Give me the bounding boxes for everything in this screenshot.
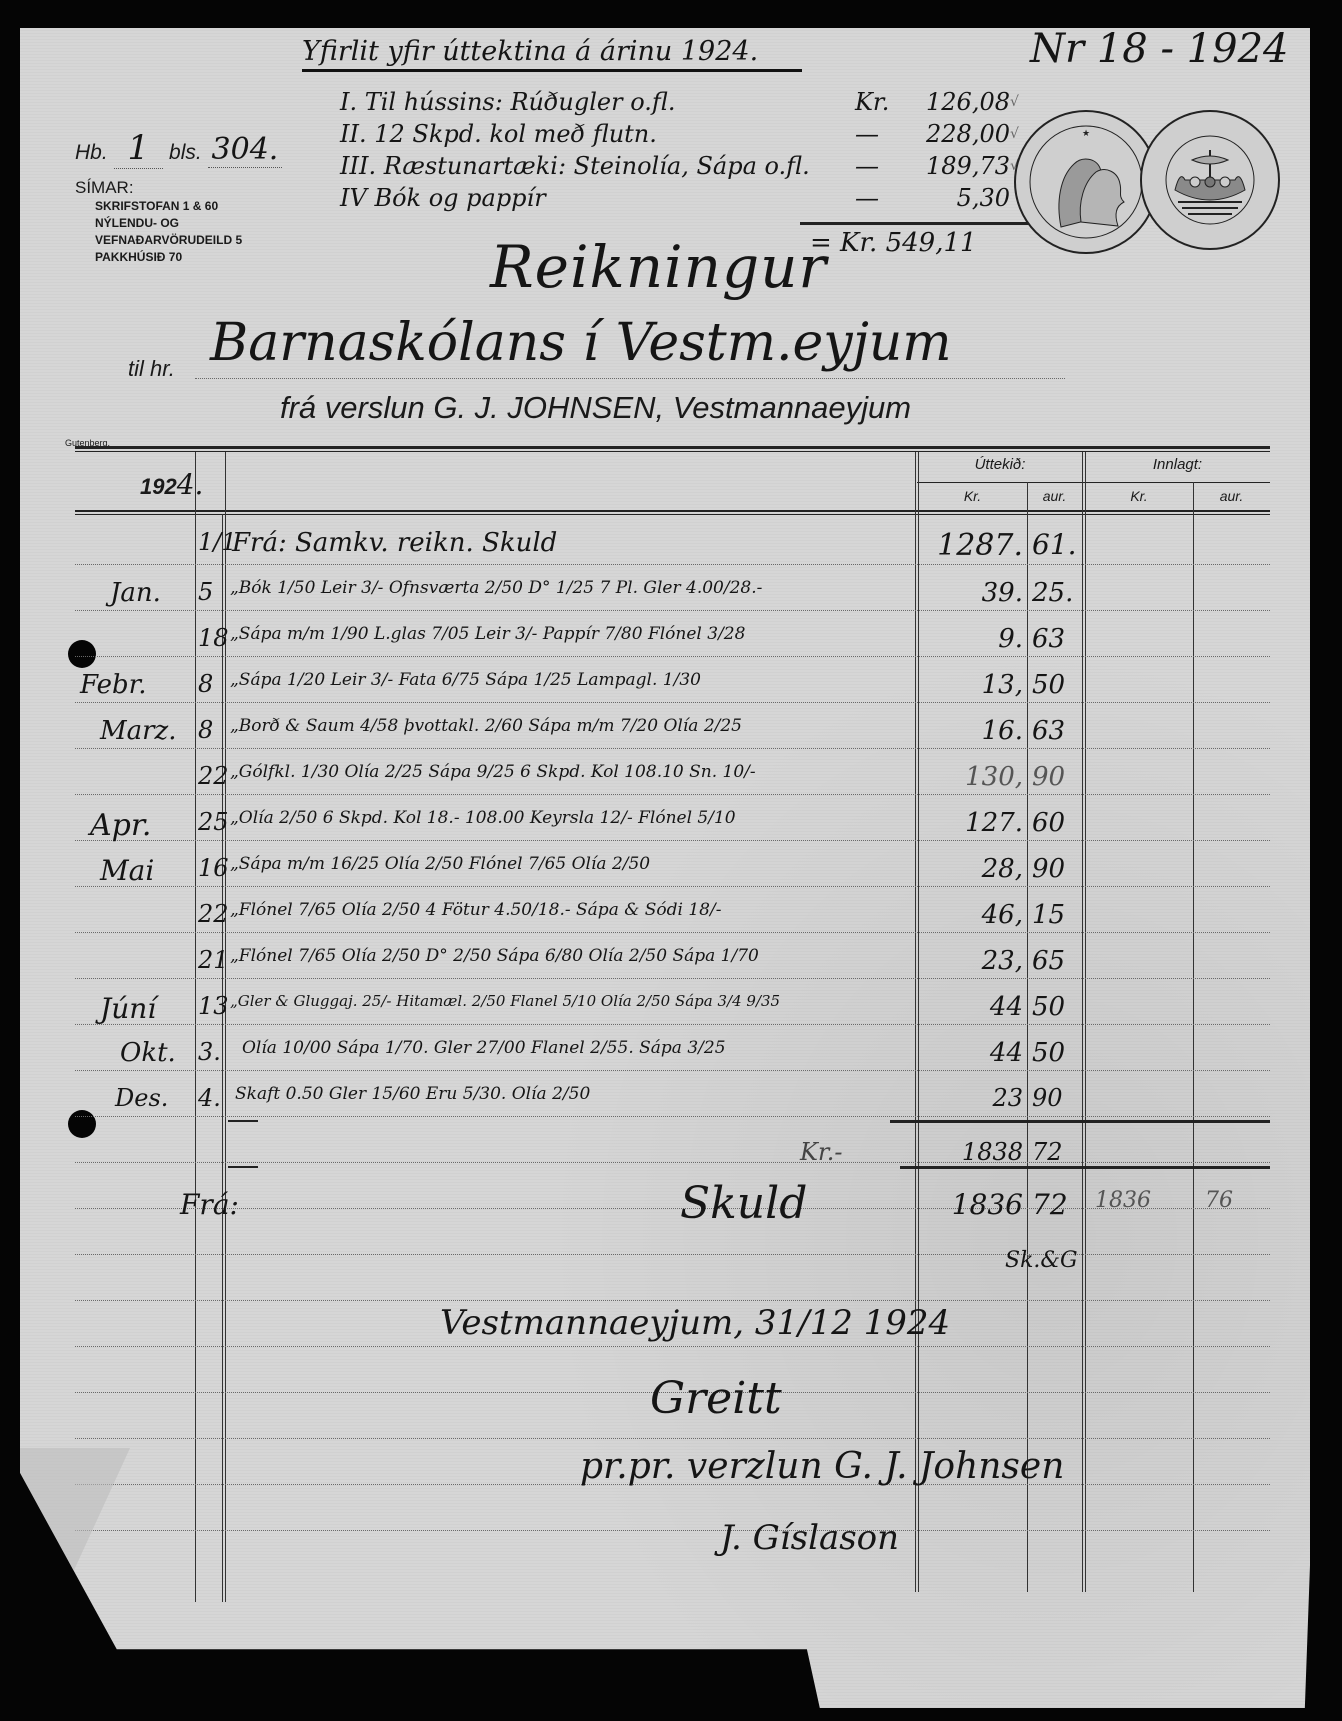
table-row: Okt. 3. Olía 10/00 Sápa 1/70. Gler 27/00… <box>20 1028 1310 1078</box>
row-day: 8 <box>198 670 213 698</box>
row-description: „Flónel 7/65 Olía 2/50 D° 2/50 Sápa 6/80… <box>230 946 759 966</box>
row-kr: 13, <box>918 670 1023 700</box>
row-description: „Gólfkl. 1/30 Olía 2/25 Sápa 9/25 6 Skpd… <box>230 762 756 782</box>
table-row: Febr. 8 „Sápa 1/20 Leir 3/- Fata 6/75 Sá… <box>20 660 1310 710</box>
table-row: 22 „Flónel 7/65 Olía 2/50 4 Fötur 4.50/1… <box>20 890 1310 940</box>
summary-list: I. Til hússins: Rúðugler o.fl. Kr. 126,0… <box>340 86 1030 214</box>
carry-text: Skuld <box>680 1178 807 1229</box>
row-aur: 63 <box>1032 624 1065 654</box>
recipient-line <box>195 378 1065 379</box>
row-day: 21 <box>198 946 229 974</box>
check-mark-icon: √ <box>1010 86 1030 118</box>
row-description: „Borð & Saum 4/58 þvottakl. 2/60 Sápa m/… <box>230 716 742 736</box>
carry-row: Frá: Skuld 1836 72 1836 76 <box>20 1178 1310 1228</box>
row-kr: 127. <box>918 808 1023 838</box>
summary-item: IV Bók og pappír — 5,30 <box>340 182 1030 214</box>
row-aur: 50 <box>1032 670 1065 700</box>
phone-block: SÍMAR: SKRIFSTOFAN 1 & 60 NÝLENDU- OG VE… <box>75 178 242 266</box>
row-kr: 9. <box>918 624 1023 654</box>
phones-heading: SÍMAR: <box>75 178 242 198</box>
settled-mark: Greitt <box>650 1373 782 1424</box>
row-aur: 90 <box>1032 854 1065 884</box>
row-kr: 46, <box>918 900 1023 930</box>
place-date: Vestmannaeyjum, 31/12 1924 <box>440 1303 950 1343</box>
subtotal-row: Kr.- 1838 72 <box>20 1128 1310 1178</box>
carry-rule <box>900 1166 1270 1169</box>
row-description: „Sápa m/m 16/25 Olía 2/50 Flónel 7/65 Ol… <box>230 854 650 874</box>
deposited-kr-header: Kr. <box>1085 488 1193 504</box>
table-row: Marz. 8 „Borð & Saum 4/58 þvottakl. 2/60… <box>20 706 1310 756</box>
subtotal-label: Kr.- <box>800 1138 843 1166</box>
row-day: 18 <box>198 624 229 652</box>
table-row: 18 „Sápa m/m 1/90 L.glas 7/05 Leir 3/- P… <box>20 614 1310 664</box>
recipient-name: Barnaskólans í Vestm.eyjum <box>210 313 952 373</box>
row-month: Okt. <box>120 1038 176 1068</box>
phone-line: VEFNAÐARVÖRUDEILD 5 <box>95 232 242 249</box>
table-row: Mai 16 „Sápa m/m 16/25 Olía 2/50 Flónel … <box>20 844 1310 894</box>
summary-item: III. Ræstunartæki: Steinolía, Sápa o.fl.… <box>340 150 1030 182</box>
table-row: 21 „Flónel 7/65 Olía 2/50 D° 2/50 Sápa 6… <box>20 936 1310 986</box>
row-kr: 44 <box>918 1038 1023 1068</box>
row-month: Júní <box>100 992 156 1025</box>
summary-total-rule <box>800 222 1030 225</box>
deposited-header: Innlagt: <box>1085 456 1270 473</box>
row-kr: 44 <box>918 992 1023 1022</box>
hb-value: 1 <box>114 128 164 169</box>
summary-total: = Kr. 549,11 <box>810 228 977 258</box>
row-kr: 28, <box>918 854 1023 884</box>
table-header-rule <box>75 510 1270 512</box>
row-kr: 39. <box>918 578 1023 608</box>
row-description: „Sápa m/m 1/90 L.glas 7/05 Leir 3/- Papp… <box>230 624 745 644</box>
row-description: Skaft 0.50 Gler 15/60 Eru 5/30. Olía 2/5… <box>235 1084 590 1104</box>
row-aur: 50 <box>1032 1038 1065 1068</box>
row-kr: 23, <box>918 946 1023 976</box>
table-row: Des. 4. Skaft 0.50 Gler 15/60 Eru 5/30. … <box>20 1074 1310 1124</box>
carry-kr: 1836 <box>918 1188 1023 1221</box>
table-row: 22 „Gólfkl. 1/30 Olía 2/25 Sápa 9/25 6 S… <box>20 752 1310 802</box>
withdrawn-kr-header: Kr. <box>918 488 1027 504</box>
table-row: Júní 13 „Gler & Gluggaj. 25/- Hitamæl. 2… <box>20 982 1310 1032</box>
phone-line: SKRIFSTOFAN 1 & 60 <box>95 198 242 215</box>
carry-initials: Sk.&G <box>1005 1248 1078 1273</box>
summary-item: I. Til hússins: Rúðugler o.fl. Kr. 126,0… <box>340 86 1030 118</box>
subtotal-aur: 72 <box>1032 1138 1063 1166</box>
row-kr: 23 <box>918 1084 1023 1112</box>
row-aur: 50 <box>1032 992 1065 1022</box>
row-aur: 61. <box>1032 528 1077 561</box>
folded-corner <box>20 1448 130 1688</box>
row-month: Febr. <box>80 670 147 700</box>
recipient-label: til hr. <box>128 356 175 382</box>
invoice-paper: Nr 18 - 1924 Hb. 1 bls. 304. SÍMAR: SKRI… <box>20 28 1310 1708</box>
viking-ship-icon <box>1150 120 1270 240</box>
row-day: 5 <box>198 578 213 606</box>
row-description: Frá: Samkv. reikn. Skuld <box>232 528 557 558</box>
signature: J. Gíslason <box>720 1518 899 1558</box>
carry-deposited-kr: 1836 <box>1095 1188 1151 1213</box>
table-top-rule <box>75 446 1270 449</box>
summary-title: Yfirlit yfir úttektina á árinu 1924. <box>302 36 802 72</box>
row-description: „Olía 2/50 6 Skpd. Kol 18.- 108.00 Keyrs… <box>230 808 736 828</box>
ship-medal-icon <box>1140 110 1280 250</box>
row-day: 13 <box>198 992 229 1020</box>
row-day: 16 <box>198 854 229 882</box>
withdrawn-header: Úttekið: <box>918 456 1082 473</box>
ledger-reference: Hb. 1 bls. 304. <box>75 128 282 168</box>
row-day: 3. <box>198 1038 221 1066</box>
row-kr: 16. <box>918 716 1023 746</box>
row-aur: 65 <box>1032 946 1065 976</box>
table-row: 1/1 Frá: Samkv. reikn. Skuld 1287. 61. <box>20 518 1310 568</box>
row-kr: 130, <box>918 762 1023 792</box>
svg-text:★: ★ <box>1082 128 1090 138</box>
withdrawn-aur-header: aur. <box>1027 488 1082 504</box>
row-day: 8 <box>198 716 213 744</box>
phone-line: PAKKHÚSIÐ 70 <box>95 249 242 266</box>
invoice-heading: Reikningur <box>490 233 827 301</box>
row-month: Jan. <box>110 578 161 608</box>
row-day: 22 <box>198 900 229 928</box>
row-aur: 25. <box>1032 578 1073 608</box>
row-description: „Bók 1/50 Leir 3/- Ofnsværta 2/50 D° 1/2… <box>230 578 762 598</box>
bls-label: bls. <box>169 141 202 164</box>
row-aur: 90 <box>1032 762 1065 792</box>
portrait-icon: ★ <box>1026 122 1146 242</box>
row-month: Des. <box>115 1084 168 1112</box>
row-day: 1/1 <box>198 528 237 556</box>
carry-deposited-aur: 76 <box>1205 1188 1233 1213</box>
row-description: Olía 10/00 Sápa 1/70. Gler 27/00 Flanel … <box>242 1038 726 1058</box>
row-month: Mai <box>100 854 154 887</box>
carry-aur: 72 <box>1032 1188 1068 1221</box>
document-number: Nr 18 - 1924 <box>1030 26 1288 72</box>
row-aur: 90 <box>1032 1084 1063 1112</box>
row-month: Marz. <box>100 716 177 746</box>
subtotal-rule <box>890 1120 1270 1123</box>
bls-value: 304. <box>208 132 283 168</box>
row-aur: 60 <box>1032 808 1065 838</box>
row-month: Apr. <box>90 808 151 843</box>
row-day: 25 <box>198 808 229 836</box>
merchant-line: frá verslun G. J. JOHNSEN, Vestmannaeyju… <box>280 390 911 426</box>
subtotal-kr: 1838 <box>918 1138 1023 1166</box>
summary-item: II. 12 Skpd. kol með flutn. — 228,00 √ <box>340 118 1030 150</box>
hb-label: Hb. <box>75 141 108 164</box>
row-description: „Gler & Gluggaj. 25/- Hitamæl. 2/50 Flan… <box>230 992 780 1010</box>
row-description: „Flónel 7/65 Olía 2/50 4 Fötur 4.50/18.-… <box>230 900 721 920</box>
row-day: 4. <box>198 1084 221 1112</box>
year-label: 1924. <box>140 468 203 501</box>
row-kr: 1287. <box>918 528 1023 563</box>
phone-line: NÝLENDU- OG <box>95 215 242 232</box>
deposited-aur-header: aur. <box>1193 488 1270 504</box>
per-pro-line: pr.pr. verzlun G. J. Johnsen <box>580 1446 1064 1487</box>
carry-label: Frá: <box>180 1188 239 1221</box>
table-row: Jan. 5 „Bók 1/50 Leir 3/- Ofnsværta 2/50… <box>20 568 1310 618</box>
table-row: Apr. 25 „Olía 2/50 6 Skpd. Kol 18.- 108.… <box>20 798 1310 848</box>
row-description: „Sápa 1/20 Leir 3/- Fata 6/75 Sápa 1/25 … <box>230 670 701 690</box>
row-aur: 63 <box>1032 716 1065 746</box>
row-aur: 15 <box>1032 900 1065 930</box>
row-day: 22 <box>198 762 229 790</box>
portrait-medal-icon: ★ <box>1014 110 1158 254</box>
